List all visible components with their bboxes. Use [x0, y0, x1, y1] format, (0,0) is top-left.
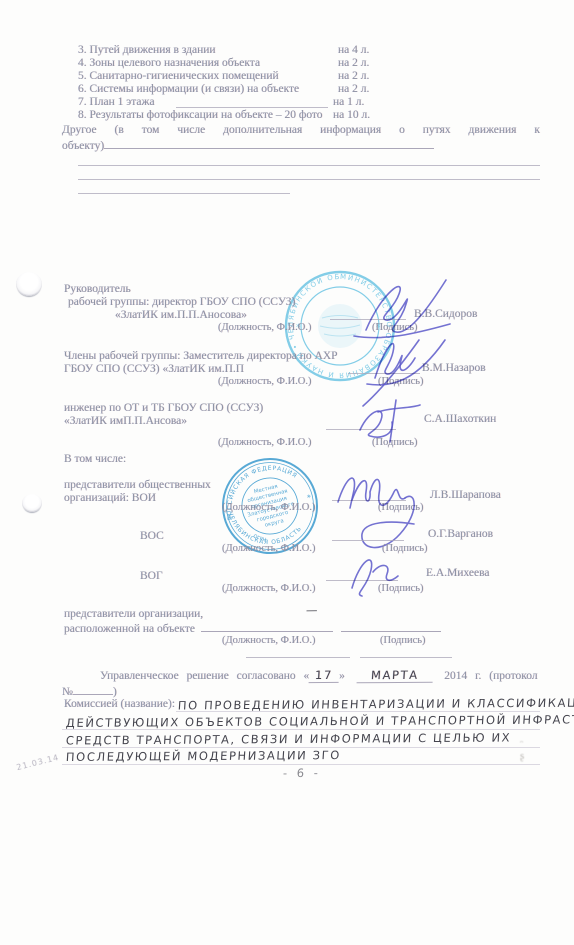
- sheet-count: на 1 л.: [333, 96, 364, 109]
- commission-name-handwritten: ДЕЙСТВУЮЩИХ ОБЪЕКТОВ СОЦИАЛЬНОЙ И ТРАНСП…: [65, 712, 574, 730]
- sheet-count: на 2 л.: [338, 57, 369, 70]
- leader-position: рабочей группы: директор ГБОУ СПО (ССУЗ): [68, 296, 295, 309]
- public-orgs-line2: организаций: ВОИ: [64, 492, 156, 505]
- decision-line: Управленческое решение согласовано «17» …: [100, 669, 536, 683]
- blank-line: [62, 764, 540, 765]
- sheet-count-label: на 2 л.: [338, 70, 369, 82]
- signatory-name: В.В.Сидоров: [414, 308, 477, 321]
- other-info-text: Другое (в том числе дополнительная инфор…: [62, 124, 540, 136]
- commission-name-text: СРЕДСТВ ТРАНСПОРТА, СВЯЗИ И ИНФОРМАЦИИ С…: [65, 730, 511, 747]
- public-orgs-line1: представители общественных: [64, 479, 211, 492]
- decision-prefix: Управленческое решение согласовано «: [100, 670, 309, 682]
- blank-line: [176, 107, 328, 108]
- commission-name-text: ДЕЙСТВУЮЩИХ ОБЪЕКТОВ СОЦИАЛЬНОЙ И ТРАНСП…: [65, 712, 574, 730]
- signature-line: [326, 580, 398, 581]
- list-item: 8. Результаты фотофиксации на объекте – …: [78, 109, 323, 122]
- signatory-name: Е.А.Михеева: [426, 567, 490, 580]
- sheet-count: на 2 л.: [338, 70, 369, 83]
- signature-caption: (Подпись): [372, 321, 418, 334]
- list-item-label: 6. Системы информации (и связи) на объек…: [78, 83, 299, 95]
- signatory-name: С.А.Шахоткин: [424, 413, 496, 426]
- list-item: 7. План 1 этажа: [78, 96, 155, 109]
- list-item: 3. Путей движения в здании: [78, 44, 216, 57]
- signatory-name: Л.В.Шарапова: [430, 489, 501, 502]
- commission-name-text: ПО ПРОВЕДЕНИЮ ИНВЕНТАРИЗАЦИИ И КЛАССИФИК…: [177, 696, 574, 713]
- signature-caption: (Подпись): [378, 375, 424, 388]
- position-caption-text: (Должность, Ф.И.О.): [222, 502, 316, 513]
- leader-title-text: Руководитель: [64, 283, 131, 295]
- signatory-name-text: С.А.Шахоткин: [424, 413, 496, 425]
- commission-name-handwritten: ПО ПРОВЕДЕНИЮ ИНВЕНТАРИЗАЦИИ И КЛАССИФИК…: [177, 696, 574, 713]
- position-caption: (Должность, Ф.И.О.): [222, 634, 316, 647]
- vog-label: ВОГ: [140, 570, 163, 583]
- blank-line: [78, 165, 540, 166]
- signature-caption-text: (Подпись): [380, 635, 426, 646]
- pencil-date-text: 21.03.14: [16, 753, 61, 772]
- list-item-label: 3. Путей движения в здании: [78, 44, 216, 56]
- scanned-document-page: 3. Путей движения в здании на 4 л. 4. Зо…: [0, 0, 574, 945]
- signatory-name-text: О.Г.Варганов: [428, 528, 493, 540]
- decision-day-handwritten: 17: [309, 669, 340, 683]
- member2-position: инженер по ОТ и ТБ ГБОУ СПО (ССУЗ): [64, 402, 263, 415]
- blank-line: [246, 657, 350, 658]
- signatory-name: О.Г.Варганов: [428, 528, 493, 541]
- position-caption-text: (Должность, Ф.И.О.): [222, 583, 316, 594]
- signature-caption-text: (Подпись): [378, 376, 424, 387]
- member1-position-text: Члены рабочей группы: Заместитель директ…: [64, 350, 338, 362]
- decision-quote: »: [339, 670, 345, 682]
- member2-position-text: инженер по ОТ и ТБ ГБОУ СПО (ССУЗ): [64, 402, 263, 414]
- list-item: 6. Системы информации (и связи) на объек…: [78, 83, 299, 96]
- signature-line: [348, 373, 420, 374]
- position-caption: (Должность, Ф.И.О.): [222, 582, 316, 595]
- decision-suffix: 2014 г. (протокол: [444, 670, 537, 682]
- sheet-count-label: на 2 л.: [338, 57, 369, 69]
- position-caption-text: (Должность, Ф.И.О.): [222, 543, 316, 554]
- signature-caption-text: (Подпись): [378, 583, 424, 594]
- page-number-text: - 6 -: [283, 766, 322, 780]
- commission-label-text: Комиссией (название):: [64, 698, 175, 710]
- vos-label: ВОС: [140, 530, 164, 543]
- signatory-name-text: В.В.Сидоров: [414, 308, 477, 320]
- commission-name-handwritten: СРЕДСТВ ТРАНСПОРТА, СВЯЗИ И ИНФОРМАЦИИ С…: [65, 730, 511, 747]
- hole-punch-bottom: [22, 494, 42, 512]
- other-info-line2: объекту): [62, 138, 434, 153]
- commission-label: Комиссией (название):: [64, 698, 175, 711]
- sheet-count: на 10 л.: [333, 109, 370, 122]
- blank-line: [341, 621, 441, 632]
- signature-line: [326, 429, 396, 430]
- protocol-number-line: №): [62, 684, 117, 699]
- position-caption: (Должность, Ф.И.О.): [218, 321, 312, 334]
- blank-line: [78, 179, 540, 180]
- member1-position: Члены рабочей группы: Заместитель директ…: [64, 350, 338, 363]
- position-caption: (Должность, Ф.И.О.): [222, 501, 316, 514]
- blank-line: [73, 684, 113, 695]
- leader-title: Руководитель: [64, 283, 131, 296]
- protocol-number-close: ): [113, 686, 117, 698]
- sheet-count-label: на 1 л.: [333, 96, 364, 108]
- list-item-label: 4. Зоны целевого назначения объекта: [78, 57, 260, 69]
- signatory-name: В.М.Назаров: [422, 362, 486, 375]
- position-caption-text: (Должность, Ф.И.О.): [218, 376, 312, 387]
- decision-month-handwritten: МАРТА: [356, 669, 433, 684]
- including-label: В том числе:: [64, 453, 126, 466]
- list-item-label: 8. Результаты фотофиксации на объекте – …: [78, 109, 323, 121]
- blank-line: [78, 193, 290, 194]
- including-label-text: В том числе:: [64, 453, 126, 465]
- sheet-count-label: на 10 л.: [333, 109, 370, 121]
- list-item: 5. Санитарно-гигиенических помещений: [78, 70, 279, 83]
- signatory-name-text: В.М.Назаров: [422, 362, 486, 374]
- org-on-site-text: представители организации,: [64, 608, 203, 620]
- other-info-text: объекту): [62, 140, 104, 152]
- signature-caption: (Подпись): [372, 436, 418, 449]
- position-caption-text: (Должность, Ф.И.О.): [218, 322, 312, 333]
- list-item-label: 7. План 1 этажа: [78, 96, 155, 108]
- public-orgs-text: представители общественных: [64, 479, 211, 491]
- signature-caption: (Подпись): [378, 582, 424, 595]
- list-item: 4. Зоны целевого назначения объекта: [78, 57, 260, 70]
- commission-name-text: ПОСЛЕДУЮЩЕЙ МОДЕРНИЗАЦИИ ЗГО: [65, 748, 341, 764]
- leader-position-text: рабочей группы: директор ГБОУ СПО (ССУЗ): [68, 296, 295, 308]
- member1-org-text: ГБОУ СПО (ССУЗ) «ЗлатИК им.П.П: [64, 363, 244, 375]
- leader-org-text: «ЗлатИК им.П.П.Аносова»: [115, 309, 247, 321]
- sheet-count: на 2 л.: [338, 83, 369, 96]
- signature-caption-text: (Подпись): [382, 543, 428, 554]
- sheet-count-label: на 2 л.: [338, 83, 369, 95]
- org-on-site-text: расположенной на объекте: [64, 623, 195, 635]
- signature-line: [330, 319, 406, 320]
- hand-dash-mark: —: [306, 603, 320, 617]
- pencil-date-note: 21.03.14: [16, 753, 61, 772]
- page-number: - 6 -: [283, 766, 322, 780]
- protocol-number-label: №: [62, 686, 73, 698]
- member2-org: «ЗлатИК имП.П.Ансова»: [64, 415, 187, 428]
- signatory-name-text: Е.А.Михеева: [426, 567, 490, 579]
- member2-org-text: «ЗлатИК имП.П.Ансова»: [64, 415, 187, 427]
- signature-caption: (Подпись): [382, 542, 428, 555]
- org-on-site-line1: представители организации,: [64, 608, 203, 621]
- smudge-mark: ᵔʂ: [520, 738, 524, 762]
- position-caption-text: (Должность, Ф.И.О.): [222, 635, 316, 646]
- vos-label-text: ВОС: [140, 530, 164, 542]
- signature-caption-text: (Подпись): [378, 502, 424, 513]
- position-caption: (Должность, Ф.И.О.): [218, 375, 312, 388]
- sheet-count-label: на 4 л.: [338, 44, 369, 56]
- hole-punch-top: [16, 272, 42, 296]
- signature-caption-text: (Подпись): [372, 322, 418, 333]
- signature-line: [332, 540, 404, 541]
- list-item-label: 5. Санитарно-гигиенических помещений: [78, 70, 279, 82]
- signature-caption: (Подпись): [380, 634, 426, 647]
- public-orgs-text: организаций: ВОИ: [64, 492, 156, 504]
- other-info-line: Другое (в том числе дополнительная инфор…: [62, 124, 540, 137]
- signatory-name-text: Л.В.Шарапова: [430, 489, 501, 501]
- blank-line: [104, 138, 434, 149]
- signature-caption-text: (Подпись): [372, 437, 418, 448]
- vog-label-text: ВОГ: [140, 570, 163, 582]
- sheet-count: на 4 л.: [338, 44, 369, 57]
- blank-line: [360, 657, 452, 658]
- commission-name-handwritten: ПОСЛЕДУЮЩЕЙ МОДЕРНИЗАЦИИ ЗГО: [65, 748, 341, 764]
- signature-caption: (Подпись): [378, 501, 424, 514]
- position-caption: (Должность, Ф.И.О.): [222, 542, 316, 555]
- blank-line: [201, 621, 333, 632]
